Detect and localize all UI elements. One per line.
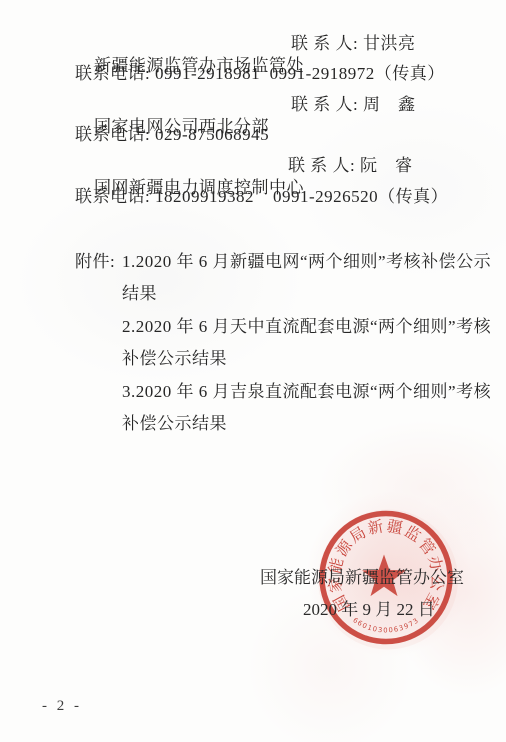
attachment-label: 附件: bbox=[75, 251, 115, 273]
page-number: - 2 - bbox=[42, 698, 82, 715]
attachment-line: 补偿公示结果 bbox=[122, 413, 227, 435]
document-page: 新疆能源监管办市场监管处 联 系 人: 甘洪亮 联系电话: 0991-29189… bbox=[0, 0, 506, 742]
attachment-line: 1.2020 年 6 月新疆电网“两个细则”考核补偿公示 bbox=[122, 251, 491, 273]
signature-date: 2020 年 9 月 22 日 bbox=[303, 595, 435, 620]
attachment-line: 2.2020 年 6 月天中直流配套电源“两个细则”考核 bbox=[122, 316, 491, 338]
attachment-line: 结果 bbox=[122, 283, 157, 305]
signature-org: 国家能源局新疆监管办公室 bbox=[260, 563, 464, 588]
attachment-line: 补偿公示结果 bbox=[122, 348, 227, 370]
contact-person: 联 系 人: 阮 睿 bbox=[288, 155, 412, 177]
contact-person: 联 系 人: 甘洪亮 bbox=[291, 33, 415, 55]
contact-phone: 联系电话: 18209919382 0991-2926520（传真） bbox=[75, 186, 448, 208]
contact-phone: 联系电话: 0991-2918981 0991-2918972（传真） bbox=[75, 63, 445, 85]
contact-person: 联 系 人: 周 鑫 bbox=[291, 94, 415, 116]
contact-phone: 联系电话: 029-875068945 bbox=[75, 124, 269, 146]
attachment-line: 3.2020 年 6 月吉泉直流配套电源“两个细则”考核 bbox=[122, 381, 491, 403]
